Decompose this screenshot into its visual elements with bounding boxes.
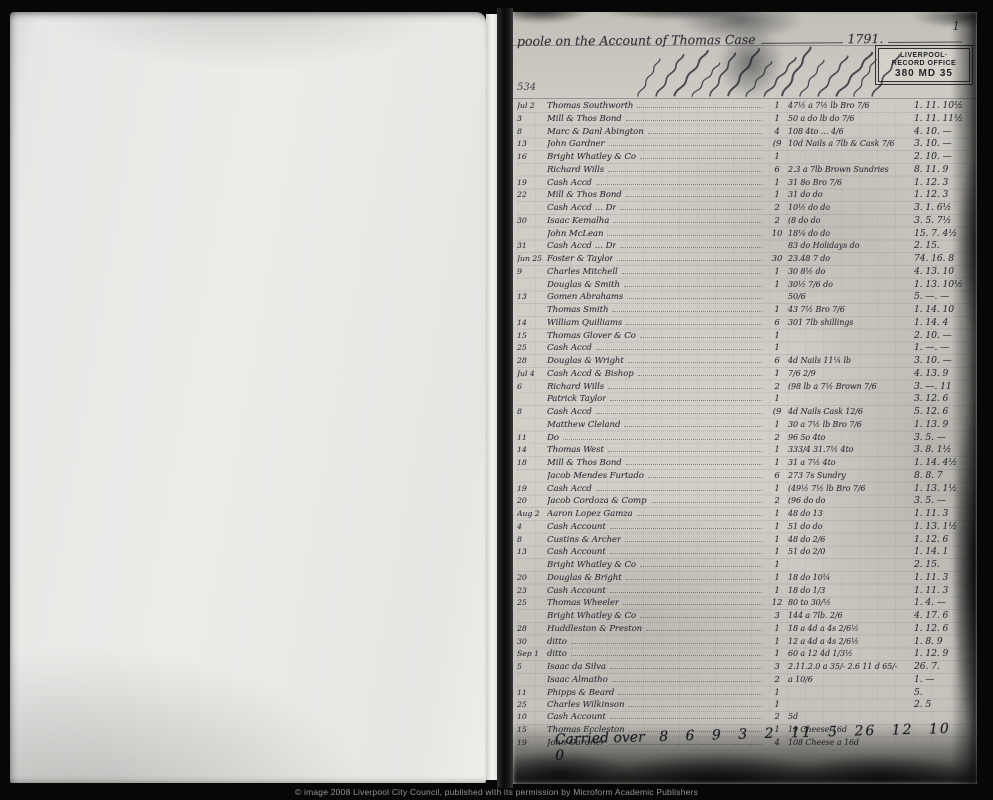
entry-detail: (96 do do bbox=[788, 496, 914, 505]
entry-amount: 1. 4. — bbox=[914, 597, 974, 608]
entry-amount: 3. 12. 6 bbox=[914, 393, 974, 404]
entry-name: Bright Whatley & Co bbox=[547, 560, 636, 570]
entry-detail: 80 to 30/½ bbox=[788, 598, 914, 607]
dotted-leader bbox=[640, 617, 762, 618]
entry-name: Thomas Southworth bbox=[547, 101, 633, 111]
entry-qty: 4 bbox=[766, 127, 788, 137]
dotted-leader bbox=[628, 706, 762, 707]
entry-detail: 2.3 a 7lb Brown Sundries bbox=[788, 165, 914, 174]
entry-date: 8 bbox=[517, 535, 547, 544]
dotted-leader bbox=[571, 655, 762, 656]
ledger-row: 8Cash Accd(94d Nails Cask 12/65. 12. 6 bbox=[517, 406, 974, 419]
dotted-leader bbox=[646, 630, 762, 631]
ledger-row: 25Cash Accd11. —. — bbox=[517, 342, 974, 355]
ledger-row: 23Cash Account118 do 1/31. 11. 3 bbox=[517, 585, 974, 598]
entry-amount: 1. 11. 3 bbox=[914, 585, 974, 596]
entry-date: 28 bbox=[517, 356, 547, 365]
entry-name: Thomas Smith bbox=[547, 305, 608, 315]
ledger-rows: Jul 2Thomas Southworth147½ a 7½ lb Bro 7… bbox=[517, 100, 974, 750]
entry-detail: 12 a 4d a 4s 2/6½ bbox=[788, 637, 914, 646]
dotted-leader bbox=[638, 375, 762, 376]
entry-amount: 3. 8. 1½ bbox=[914, 444, 974, 455]
entry-name: William Quilliams bbox=[547, 318, 622, 328]
entry-detail: 18 a 4d a 4s 2/6½ bbox=[788, 624, 914, 633]
entry-amount: 1. 14. 1 bbox=[914, 546, 974, 557]
entry-detail: 144 a 7lb. 2/6 bbox=[788, 611, 914, 620]
entry-amount: 2. 15. bbox=[914, 559, 974, 570]
entry-amount: 1. —. — bbox=[914, 342, 974, 353]
entry-date: 31 bbox=[517, 241, 547, 250]
entry-detail: 60 a 12 4d 1/3½ bbox=[788, 649, 914, 658]
entry-detail: 83 do Holidays do bbox=[788, 241, 914, 250]
entry-date: 25 bbox=[517, 700, 547, 709]
ledger-row: Jun 25Foster & Taylor3023.48 7 do74. 16.… bbox=[517, 253, 974, 266]
entry-date: 23 bbox=[517, 586, 547, 595]
entry-name: Isaac Kemalha bbox=[547, 216, 609, 226]
entry-detail: 51 do 2/0 bbox=[788, 547, 914, 556]
entry-date: 19 bbox=[517, 738, 547, 747]
entry-qty: 2 bbox=[766, 712, 788, 722]
entry-amount: 1. 12. 3 bbox=[914, 189, 974, 200]
entry-date: 13 bbox=[517, 292, 547, 301]
entry-date: Aug 2 bbox=[517, 509, 547, 518]
ledger-row: Aug 2Aaron Lopez Gamza148 do 131. 11. 3 bbox=[517, 508, 974, 521]
dotted-leader bbox=[608, 451, 762, 452]
entry-date: 14 bbox=[517, 318, 547, 327]
entry-detail: (8 do do bbox=[788, 216, 914, 225]
dotted-leader bbox=[563, 439, 762, 440]
ledger-row: 30Isaac Kemalha2(8 do do3. 5. 7½ bbox=[517, 215, 974, 228]
entry-date: 16 bbox=[517, 152, 547, 161]
entry-date: 14 bbox=[517, 445, 547, 454]
entry-date: 15 bbox=[517, 725, 547, 734]
entry-qty: 2 bbox=[766, 382, 788, 392]
entry-qty: 1 bbox=[766, 114, 788, 124]
dotted-leader bbox=[620, 209, 762, 210]
dotted-leader bbox=[637, 515, 762, 516]
dotted-leader bbox=[610, 592, 762, 593]
dotted-leader bbox=[625, 541, 762, 542]
entry-qty: 1 bbox=[766, 573, 788, 583]
dotted-leader bbox=[596, 490, 762, 491]
entry-detail: 30½ 7/6 do bbox=[788, 280, 914, 289]
dotted-leader bbox=[618, 694, 762, 695]
ledger-row: Cash Accd … Dr210½ do do3. 1. 6½ bbox=[517, 202, 974, 215]
ledger-row: Matthew Cleland130 a 7½ lb Bro 7/61. 13.… bbox=[517, 419, 974, 432]
ledger-row: Jul 4Cash Accd & Bishop17/6 2/94. 13. 9 bbox=[517, 368, 974, 381]
entry-amount: 4. 13. 9 bbox=[914, 368, 974, 379]
dotted-leader bbox=[624, 426, 762, 427]
entry-amount: 1. 13. 10½ bbox=[914, 279, 974, 290]
entry-amount: 5. 12. 6 bbox=[914, 406, 974, 417]
entry-amount: 1. 12. 3 bbox=[914, 177, 974, 188]
entry-detail: 50 a do lb do 7/6 bbox=[788, 114, 914, 123]
entry-name: Jacob Mendes Furtado bbox=[547, 471, 644, 481]
entry-name: Custins & Archer bbox=[547, 535, 621, 545]
entry-name: Patrick Taylor bbox=[547, 394, 606, 404]
entry-date: 9 bbox=[517, 267, 547, 276]
entry-detail: 18 do 1/3 bbox=[788, 586, 914, 595]
entry-name: Richard Wills bbox=[547, 165, 604, 175]
dotted-leader bbox=[609, 145, 762, 146]
ledger-row: 5Isaac da Silva32.11.2.0 a 35/- 2.6 11 d… bbox=[517, 661, 974, 674]
dotted-leader bbox=[596, 184, 762, 185]
entry-qty: 1 bbox=[766, 535, 788, 545]
entry-qty: (9 bbox=[766, 407, 788, 417]
microfilm-scan-frame: poole on the Account of Thomas Case 1791… bbox=[0, 0, 993, 800]
entry-qty: 3 bbox=[766, 611, 788, 621]
ledger-row: 28Douglas & Wright64d Nails 11¼ lb3. 10.… bbox=[517, 355, 974, 368]
ledger-page: poole on the Account of Thomas Case 1791… bbox=[513, 12, 977, 784]
dotted-leader bbox=[648, 133, 762, 134]
ledger-row: Thomas Smith143 7½ Bro 7/61. 14. 10 bbox=[517, 304, 974, 317]
entry-qty: 10 bbox=[766, 229, 788, 239]
entry-detail: 18 do 10¼ bbox=[788, 573, 914, 582]
entry-name: Douglas & Smith bbox=[547, 280, 620, 290]
ledger-row: 13Gomen Abrahams50/65. —. — bbox=[517, 291, 974, 304]
entry-date: 10 bbox=[517, 712, 547, 721]
entry-qty: 1 bbox=[766, 484, 788, 494]
dotted-leader bbox=[596, 349, 762, 350]
entry-name: Cash Account bbox=[547, 712, 606, 722]
entry-qty: 1 bbox=[766, 637, 788, 647]
page-edge bbox=[486, 14, 497, 780]
ledger-row: 9Charles Mitchell130 8½ do4. 13. 10 bbox=[517, 266, 974, 279]
entry-date: 30 bbox=[517, 216, 547, 225]
dotted-leader bbox=[640, 566, 762, 567]
entry-detail: 50/6 bbox=[788, 292, 914, 301]
ledger-row: Sep 1ditto160 a 12 4d 1/3½1. 12. 9 bbox=[517, 648, 974, 661]
ledger-row: 16Bright Whatley & Co12. 10. — bbox=[517, 151, 974, 164]
entry-name: Bright Whatley & Co bbox=[547, 152, 636, 162]
dotted-leader bbox=[622, 273, 762, 274]
entry-date: 20 bbox=[517, 496, 547, 505]
diagonal-column-headings bbox=[631, 42, 931, 98]
entry-amount: 2. 15. bbox=[914, 240, 974, 251]
entry-date: 28 bbox=[517, 624, 547, 633]
entry-amount: 2. 10. — bbox=[914, 330, 974, 341]
ledger-row: 13Cash Account151 do 2/01. 14. 1 bbox=[517, 546, 974, 559]
entry-qty: 1 bbox=[766, 101, 788, 111]
entry-name: Isaac da Silva bbox=[547, 662, 606, 672]
entry-name: Thomas West bbox=[547, 445, 604, 455]
entry-amount: 3. 5. 7½ bbox=[914, 215, 974, 226]
entry-name: Matthew Cleland bbox=[547, 420, 620, 430]
entry-date: 19 bbox=[517, 178, 547, 187]
entry-name: Isaac Almatho bbox=[547, 675, 608, 685]
entry-date: 5 bbox=[517, 662, 547, 671]
dotted-leader bbox=[620, 247, 762, 248]
entry-name: Cash Account bbox=[547, 586, 606, 596]
ledger-row: 31Cash Accd … Dr83 do Holidays do2. 15. bbox=[517, 240, 974, 253]
entry-name: Cash Account bbox=[547, 522, 606, 532]
entry-qty: 6 bbox=[766, 471, 788, 481]
dotted-leader bbox=[610, 718, 762, 719]
ledger-row: 20Douglas & Bright118 do 10¼1. 11. 3 bbox=[517, 572, 974, 585]
entry-name: Cash Account bbox=[547, 547, 606, 557]
entry-name: Foster & Taylor bbox=[547, 254, 613, 264]
entry-date: 11 bbox=[517, 688, 547, 697]
entry-amount: 1. 11. 3 bbox=[914, 508, 974, 519]
entry-qty: 1 bbox=[766, 420, 788, 430]
entry-amount: 1. 11. 11½ bbox=[914, 113, 974, 124]
entry-name: Mill & Thos Bond bbox=[547, 190, 622, 200]
dotted-leader bbox=[608, 388, 762, 389]
ledger-row: 28Huddleston & Preston118 a 4d a 4s 2/6½… bbox=[517, 623, 974, 636]
entry-amount: 1. 14. 4 bbox=[914, 317, 974, 328]
blank-left-page bbox=[10, 12, 486, 783]
entry-date: Jul 2 bbox=[517, 101, 547, 110]
dotted-leader bbox=[610, 668, 762, 669]
entry-name: Bright Whatley & Co bbox=[547, 611, 636, 621]
carried-label: Carried over bbox=[555, 729, 645, 748]
entry-amount: 3. 1. 6½ bbox=[914, 202, 974, 213]
entry-qty: 1 bbox=[766, 394, 788, 404]
entry-qty: 2 bbox=[766, 216, 788, 226]
entry-name: Cash Accd bbox=[547, 484, 592, 494]
entry-amount: 4. 13. 10 bbox=[914, 266, 974, 277]
dotted-leader bbox=[637, 107, 762, 108]
entry-detail: 31 a 7½ 4to bbox=[788, 458, 914, 467]
entry-date: 13 bbox=[517, 139, 547, 148]
entry-qty: 6 bbox=[766, 356, 788, 366]
entry-qty: 1 bbox=[766, 547, 788, 557]
entry-name: Douglas & Bright bbox=[547, 573, 622, 583]
entry-amount: 3. 10. — bbox=[914, 355, 974, 366]
dotted-leader bbox=[596, 413, 762, 414]
entry-qty: 1 bbox=[766, 649, 788, 659]
entry-date: 11 bbox=[517, 433, 547, 442]
entry-qty: 6 bbox=[766, 318, 788, 328]
entry-qty: 1 bbox=[766, 369, 788, 379]
entry-amount: 15. 7. 4½ bbox=[914, 228, 974, 239]
entry-amount: 1. 14. 4½ bbox=[914, 457, 974, 468]
entry-name: Marc & Danl Abington bbox=[547, 127, 644, 137]
entry-detail: 301 7lb shillings bbox=[788, 318, 914, 327]
ledger-row: 18Mill & Thos Bond131 a 7½ 4to1. 14. 4½ bbox=[517, 457, 974, 470]
entry-name: Gomen Abrahams bbox=[547, 292, 623, 302]
entry-name: Charles Wilkinson bbox=[547, 700, 624, 710]
entry-date: 8 bbox=[517, 127, 547, 136]
dotted-leader bbox=[571, 643, 762, 644]
ledger-row: 14William Quilliams6301 7lb shillings1. … bbox=[517, 317, 974, 330]
entry-qty: 1 bbox=[766, 700, 788, 710]
entry-date: 6 bbox=[517, 382, 547, 391]
entry-qty: (9 bbox=[766, 139, 788, 149]
dotted-leader bbox=[626, 324, 762, 325]
dotted-leader bbox=[640, 158, 762, 159]
entry-name: Cash Accd … Dr bbox=[547, 241, 616, 251]
dotted-leader bbox=[612, 681, 762, 682]
entry-amount: 3. 5. — bbox=[914, 495, 974, 506]
ledger-row: 15Thomas Glover & Co12. 10. — bbox=[517, 330, 974, 343]
entry-qty: 1 bbox=[766, 624, 788, 634]
entry-detail: 47½ a 7½ lb Bro 7/6 bbox=[788, 101, 914, 110]
dotted-leader bbox=[610, 553, 762, 554]
entry-date: 22 bbox=[517, 190, 547, 199]
entry-name: Cash Accd & Bishop bbox=[547, 369, 634, 379]
entry-name: Richard Wills bbox=[547, 382, 604, 392]
entry-date: 15 bbox=[517, 331, 547, 340]
ledger-row: 11Phipps & Beard15. bbox=[517, 687, 974, 700]
entry-detail: 7/6 2/9 bbox=[788, 369, 914, 378]
entry-qty: 1 bbox=[766, 280, 788, 290]
entry-detail: 30 a 7½ lb Bro 7/6 bbox=[788, 420, 914, 429]
entry-amount: 26. 7. bbox=[914, 661, 974, 672]
entry-amount: 1. — bbox=[914, 674, 974, 685]
entry-detail: 10½ do do bbox=[788, 203, 914, 212]
entry-name: Mill & Thos Bond bbox=[547, 114, 622, 124]
entry-name: Cash Accd bbox=[547, 178, 592, 188]
entry-amount: 2. 10. — bbox=[914, 151, 974, 162]
entry-detail: 273 7s Sundry bbox=[788, 471, 914, 480]
ledger-row: Douglas & Smith130½ 7/6 do1. 13. 10½ bbox=[517, 279, 974, 292]
entry-name: Cash Accd … Dr bbox=[547, 203, 616, 213]
ledger-row: 30ditto112 a 4d a 4s 2/6½1. 8. 9 bbox=[517, 636, 974, 649]
ledger-row: Richard Wills62.3 a 7lb Brown Sundries8.… bbox=[517, 164, 974, 177]
ledger-row: John McLean1018¼ do do15. 7. 4½ bbox=[517, 228, 974, 241]
entry-name: Thomas Glover & Co bbox=[547, 331, 636, 341]
entry-qty: 2 bbox=[766, 496, 788, 506]
entry-date: 18 bbox=[517, 458, 547, 467]
entry-name: Do bbox=[547, 433, 559, 443]
entry-date: 3 bbox=[517, 114, 547, 123]
entry-name: Aaron Lopez Gamza bbox=[547, 509, 633, 519]
ledger-row: Bright Whatley & Co12. 15. bbox=[517, 559, 974, 572]
entry-amount: 1. 12. 6 bbox=[914, 623, 974, 634]
entry-date: 19 bbox=[517, 484, 547, 493]
ledger-row: Jul 2Thomas Southworth147½ a 7½ lb Bro 7… bbox=[517, 100, 974, 113]
entry-detail: 51 do do bbox=[788, 522, 914, 531]
entry-qty: 12 bbox=[766, 598, 788, 608]
page-number: 1 bbox=[952, 19, 960, 33]
dotted-leader bbox=[626, 120, 762, 121]
entry-detail: 96 5o 4to bbox=[788, 433, 914, 442]
entry-detail: 31 do do bbox=[788, 190, 914, 199]
entry-detail: 4d Nails 11¼ lb bbox=[788, 356, 914, 365]
entry-qty: 2 bbox=[766, 675, 788, 685]
entry-qty: 1 bbox=[766, 458, 788, 468]
dotted-leader bbox=[610, 400, 762, 401]
entry-amount: 5. bbox=[914, 687, 974, 698]
dotted-leader bbox=[613, 222, 762, 223]
ledger-row: 20Jacob Cordoza & Comp2(96 do do3. 5. — bbox=[517, 495, 974, 508]
entry-amount: 1. 13. 9 bbox=[914, 419, 974, 430]
ledger-row: Jacob Mendes Furtado6273 7s Sundry8. 8. … bbox=[517, 470, 974, 483]
entry-qty: 1 bbox=[766, 522, 788, 532]
ledger-row: Bright Whatley & Co3144 a 7lb. 2/64. 17.… bbox=[517, 610, 974, 623]
entry-qty: 1 bbox=[766, 267, 788, 277]
entry-detail: 2.11.2.0 a 35/- 2.6 11 d 65/- bbox=[788, 662, 914, 671]
entry-name: Cash Accd bbox=[547, 407, 592, 417]
entry-name: Phipps & Beard bbox=[547, 688, 614, 698]
dotted-leader bbox=[640, 337, 762, 338]
entry-date: 25 bbox=[517, 343, 547, 352]
entry-qty: 2 bbox=[766, 203, 788, 213]
entry-qty: 1 bbox=[766, 152, 788, 162]
entry-amount: 1. 12. 6 bbox=[914, 534, 974, 545]
ledger-row: Patrick Taylor13. 12. 6 bbox=[517, 393, 974, 406]
entry-name: Douglas & Wright bbox=[547, 356, 624, 366]
entry-amount: 5. —. — bbox=[914, 291, 974, 302]
ledger-row: 25Thomas Wheeler1280 to 30/½1. 4. — bbox=[517, 597, 974, 610]
entry-name: John McLean bbox=[547, 229, 603, 239]
dotted-leader bbox=[648, 477, 762, 478]
entry-amount: 3. 5. — bbox=[914, 432, 974, 443]
entry-detail: 10d Nails a 7lb & Cask 7/6 bbox=[788, 139, 914, 148]
dotted-leader bbox=[626, 196, 762, 197]
entry-detail: 108 4to … 4/6 bbox=[788, 127, 914, 136]
entry-amount: 8. 8. 7 bbox=[914, 470, 974, 481]
dotted-leader bbox=[623, 604, 762, 605]
entry-date: Jul 4 bbox=[517, 369, 547, 378]
entry-amount: 4. 17. 6 bbox=[914, 610, 974, 621]
entry-qty: 3 bbox=[766, 662, 788, 672]
dotted-leader bbox=[651, 502, 763, 503]
dotted-leader bbox=[607, 235, 762, 236]
entry-qty: 30 bbox=[766, 254, 788, 264]
entry-qty: 1 bbox=[766, 509, 788, 519]
entry-name: Mill & Thos Bond bbox=[547, 458, 622, 468]
entry-name: Thomas Wheeler bbox=[547, 598, 619, 608]
entry-amount: 1. 13. 1½ bbox=[914, 483, 974, 494]
entry-amount: 1. 8. 9 bbox=[914, 636, 974, 647]
entry-amount: 1. 13. 1½ bbox=[914, 521, 974, 532]
entry-amount: 4. 10. — bbox=[914, 126, 974, 137]
entry-qty: 2 bbox=[766, 433, 788, 443]
entry-date: 13 bbox=[517, 547, 547, 556]
dotted-leader bbox=[627, 298, 762, 299]
ledger-row: 25Charles Wilkinson12. 5 bbox=[517, 699, 974, 712]
dotted-leader bbox=[612, 311, 762, 312]
dotted-leader bbox=[608, 171, 762, 172]
entry-amount: 1. 11. 10½ bbox=[914, 100, 974, 111]
entry-detail: 5d bbox=[788, 712, 914, 721]
book-gutter bbox=[497, 8, 513, 788]
dotted-leader bbox=[617, 260, 762, 261]
entry-amount: 1. 14. 10 bbox=[914, 304, 974, 315]
ledger-row: 4Cash Account151 do do1. 13. 1½ bbox=[517, 521, 974, 534]
entry-date: 30 bbox=[517, 637, 547, 646]
ledger-row: 8Marc & Danl Abington4108 4to … 4/64. 10… bbox=[517, 126, 974, 139]
entry-name: ditto bbox=[547, 649, 567, 659]
entry-amount: 74. 16. 8 bbox=[914, 253, 974, 264]
entry-name: ditto bbox=[547, 637, 567, 647]
entry-qty: 1 bbox=[766, 560, 788, 570]
dotted-leader bbox=[626, 464, 762, 465]
entry-name: Jacob Cordoza & Comp bbox=[547, 496, 647, 506]
dotted-leader bbox=[624, 286, 762, 287]
dotted-leader bbox=[610, 528, 762, 529]
ledger-row: 8Custins & Archer148 do 2/61. 12. 6 bbox=[517, 534, 974, 547]
entry-detail: (98 lb a 7½ Brown 7/6 bbox=[788, 382, 914, 391]
entry-qty: 1 bbox=[766, 178, 788, 188]
entry-amount: 8. 11. 9 bbox=[914, 164, 974, 175]
ledger-row: 19Cash Accd1(49½ 7½ lb Bro 7/61. 13. 1½ bbox=[517, 483, 974, 496]
ledger-row: 19Cash Accd131 8o Bro 7/61. 12. 3 bbox=[517, 177, 974, 190]
entry-date: 4 bbox=[517, 522, 547, 531]
entry-date: 25 bbox=[517, 598, 547, 607]
entry-detail: 48 do 13 bbox=[788, 509, 914, 518]
entry-qty: 1 bbox=[766, 331, 788, 341]
ledger-row: 3Mill & Thos Bond150 a do lb do 7/61. 11… bbox=[517, 113, 974, 126]
entry-qty: 1 bbox=[766, 445, 788, 455]
ledger-row: 6Richard Wills2(98 lb a 7½ Brown 7/63. —… bbox=[517, 381, 974, 394]
entry-detail: 48 do 2/6 bbox=[788, 535, 914, 544]
entry-qty: 1 bbox=[766, 586, 788, 596]
entry-date: 20 bbox=[517, 573, 547, 582]
ledger-row: 14Thomas West1333/4 31.7½ 4to3. 8. 1½ bbox=[517, 444, 974, 457]
